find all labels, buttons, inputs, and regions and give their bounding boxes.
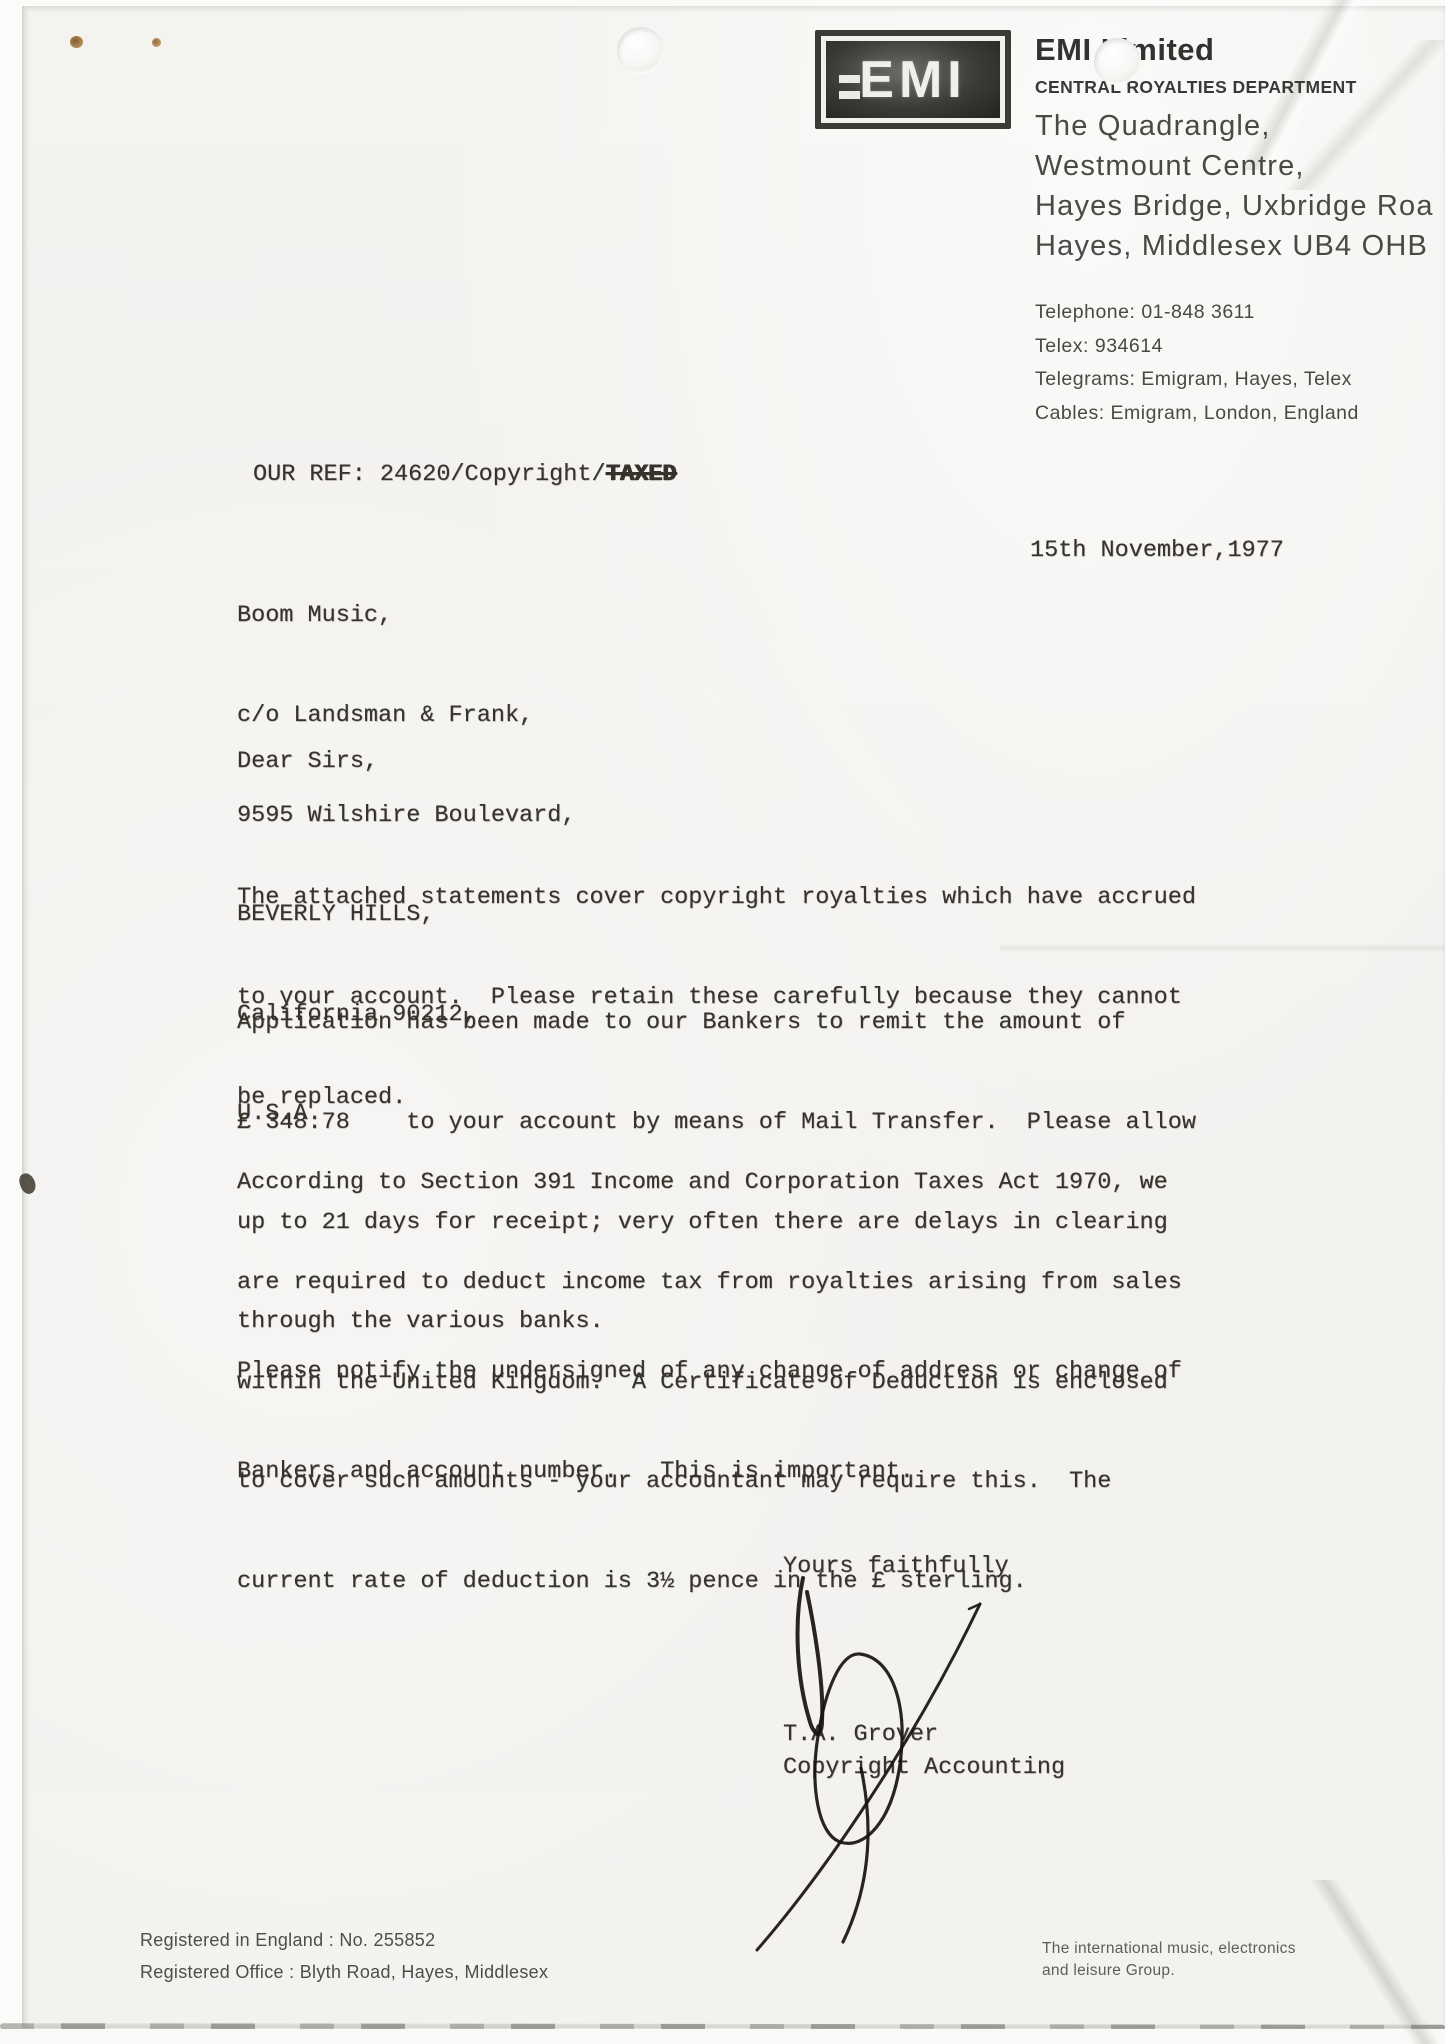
body-line: Bankers and account number. This is impo… [237, 1455, 1182, 1488]
emi-logo: EMI [815, 30, 1011, 129]
emi-logo-plate: EMI [826, 41, 1000, 118]
body-line: Please notify the undersigned of any cha… [237, 1355, 1182, 1388]
letter-scan: EMI EMI Limited CENTRAL ROYALTIES DEPART… [0, 0, 1445, 2044]
registration-line: Registered Office : Blyth Road, Hayes, M… [140, 1956, 548, 1988]
body-line: Application has been made to our Bankers… [237, 1006, 1196, 1039]
recipient-line: c/o Landsman & Frank, [237, 699, 575, 732]
group-tagline: The international music, electronics and… [1042, 1938, 1296, 1982]
registration-footer: Registered in England : No. 255852 Regis… [140, 1924, 548, 1988]
emi-logo-text: EMI [859, 50, 966, 110]
address-line: Westmount Centre, [1035, 146, 1445, 186]
taxed-stamp: TAXED [606, 461, 677, 488]
telegrams-line: Telegrams: Emigram, Hayes, Telex [1035, 363, 1445, 397]
address-line: The Quadrangle, [1035, 106, 1445, 146]
tagline-line: and leisure Group. [1042, 1960, 1296, 1982]
department-name: CENTRAL ROYALTIES DEPARTMENT [1035, 74, 1445, 100]
recipient-line: Boom Music, [237, 599, 575, 632]
handwritten-signature [740, 1572, 1040, 1957]
company-contacts: Telephone: 01-848 3611 Telex: 934614 Tel… [1035, 296, 1445, 430]
tagline-line: The international music, electronics [1042, 1938, 1296, 1960]
body-paragraph: Please notify the undersigned of any cha… [237, 1289, 1182, 1555]
body-line: According to Section 391 Income and Corp… [237, 1166, 1182, 1199]
letter-date: 15th November,1977 [1030, 534, 1284, 567]
address-line: Hayes, Middlesex UB4 OHB [1035, 226, 1445, 266]
telephone-line: Telephone: 01-848 3611 [1035, 296, 1445, 330]
reference-line: OUR REF: 24620/Copyright/TAXED [253, 458, 676, 491]
paper-stain [152, 38, 161, 47]
telex-line: Telex: 934614 [1035, 330, 1445, 364]
body-line: The attached statements cover copyright … [237, 881, 1196, 914]
cables-line: Cables: Emigram, London, England [1035, 397, 1445, 431]
scan-background-strip [0, 2029, 1445, 2044]
punch-hole [1094, 38, 1141, 85]
letterhead: EMI Limited CENTRAL ROYALTIES DEPARTMENT… [1035, 30, 1445, 430]
punch-hole [617, 27, 664, 74]
body-line: current rate of deduction is 3½ pence in… [237, 1565, 1182, 1598]
registration-line: Registered in England : No. 255852 [140, 1924, 548, 1956]
logo-dash [839, 75, 860, 83]
reference-text: OUR REF: 24620/Copyright/ [253, 461, 606, 488]
address-line: Hayes Bridge, Uxbridge Roa [1035, 186, 1445, 226]
company-address: The Quadrangle, Westmount Centre, Hayes … [1035, 106, 1445, 266]
logo-dash [839, 91, 860, 99]
salutation: Dear Sirs, [237, 745, 378, 778]
paper-stain [70, 36, 83, 48]
